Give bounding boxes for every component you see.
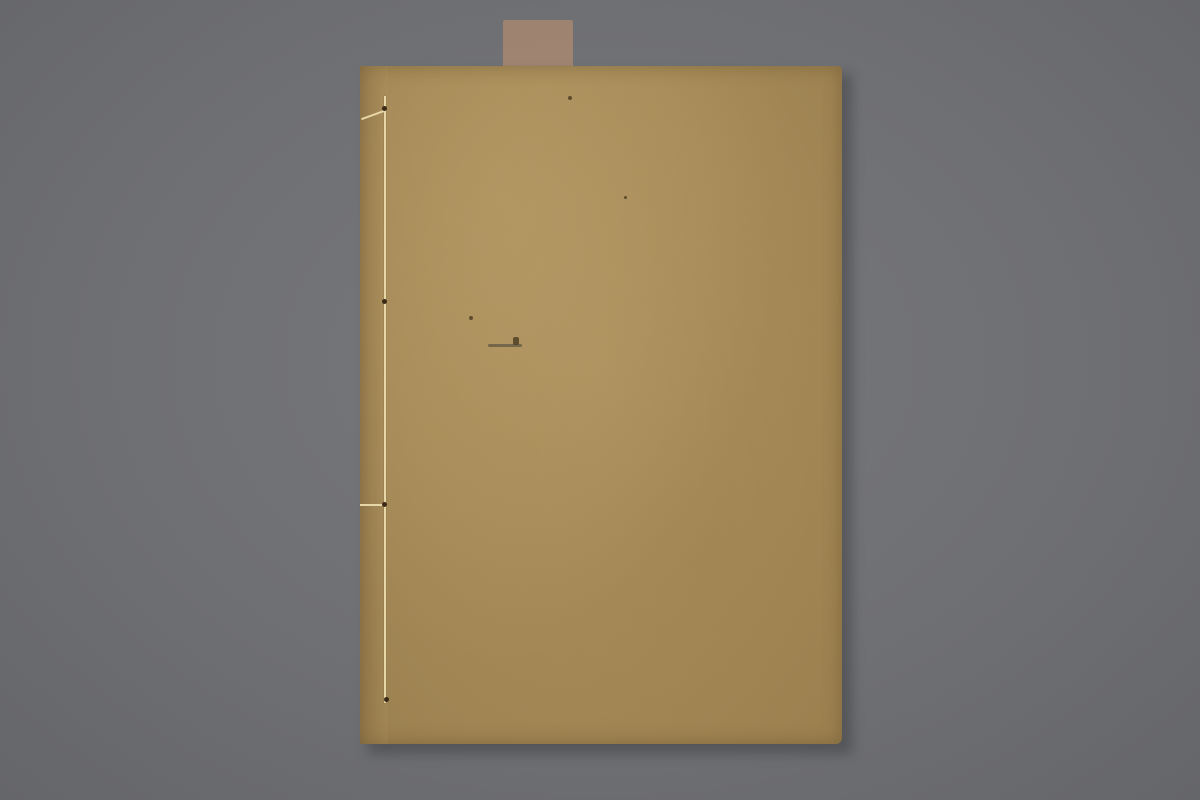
book-cover <box>360 66 842 744</box>
surface-mark <box>488 344 522 347</box>
stitch-hole <box>382 299 387 304</box>
binding-thread <box>384 505 386 703</box>
binding-thread <box>384 96 386 301</box>
binding-thread <box>384 300 386 506</box>
blemish-spot <box>568 96 572 100</box>
blemish-spot <box>469 316 473 320</box>
stitch-hole <box>382 502 387 507</box>
stitch-hole <box>382 106 387 111</box>
blemish-spot <box>624 196 627 199</box>
stitch-hole <box>384 697 389 702</box>
